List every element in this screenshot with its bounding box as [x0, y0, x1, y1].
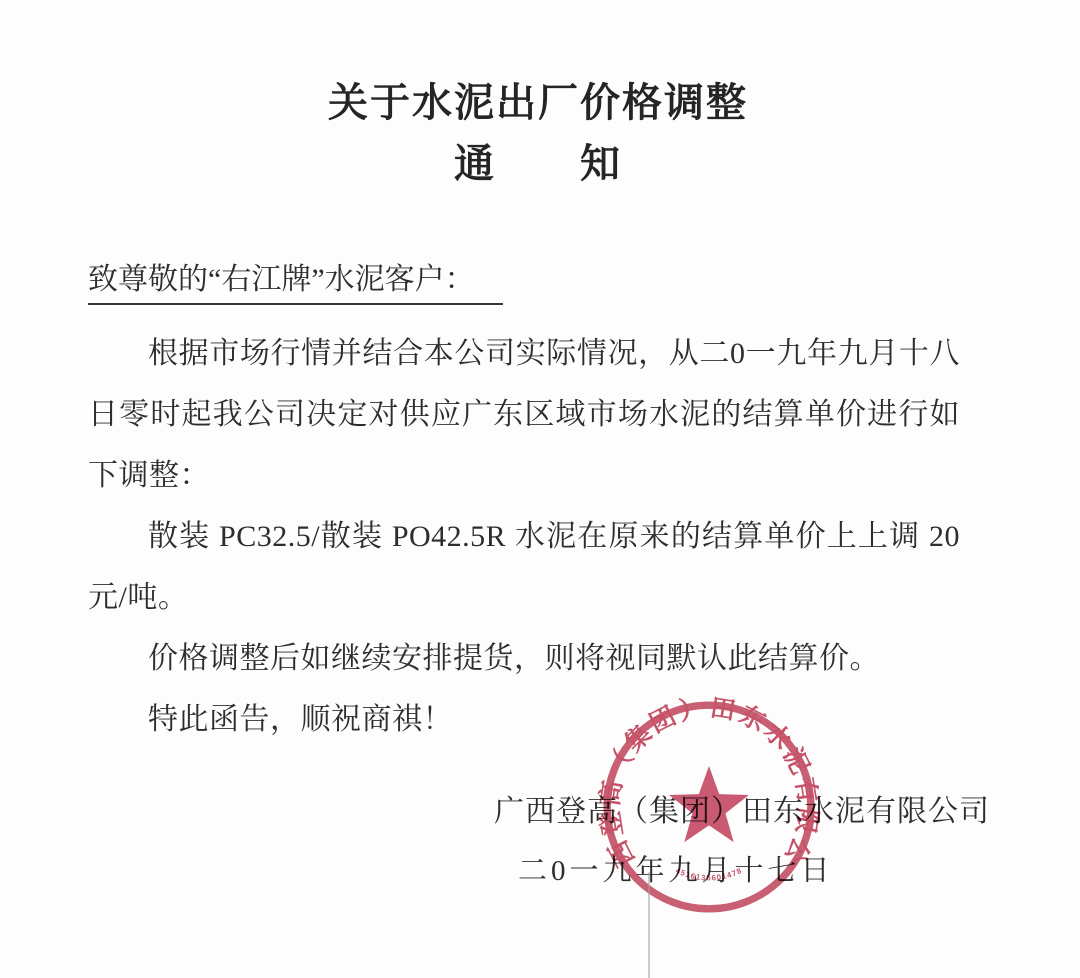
document-body: 关于水泥出厂价格调整 通 知 致尊敬的“右江牌”水泥客户： 根据市场行情并结合本… [88, 78, 960, 750]
salutation-row: 致尊敬的“右江牌”水泥客户： [88, 260, 960, 305]
scan-artifact-line [648, 872, 650, 978]
paragraph-effective-date: 根据市场行情并结合本公司实际情况，从二0一九年九月十八日零时起我公司决定对供应广… [88, 323, 960, 506]
page-subtitle: 通 知 [102, 140, 974, 188]
company-seal-stamp: 广西登高（集团）田东水泥有限公司 4516136601478 [583, 681, 835, 933]
paragraph-price-adjustment: 散装 PC32.5/散装 PO42.5R 水泥在原来的结算单价上上调 20 元/… [88, 506, 960, 628]
document-page: 关于水泥出厂价格调整 通 知 致尊敬的“右江牌”水泥客户： 根据市场行情并结合本… [0, 0, 1080, 978]
seal-serial-number: 4516136601478 [674, 866, 744, 883]
svg-text:广西登高（集团）田东水泥有限公司: 广西登高（集团）田东水泥有限公司 [583, 681, 822, 871]
svg-text:4516136601478: 4516136601478 [674, 866, 744, 883]
paragraph-acceptance-terms: 价格调整后如继续安排提货，则将视同默认此结算价。 [88, 628, 960, 689]
star-icon [669, 766, 749, 842]
seal-arc-text: 广西登高（集团）田东水泥有限公司 [583, 681, 822, 871]
page-title: 关于水泥出厂价格调整 [102, 78, 974, 128]
salutation: 致尊敬的“右江牌”水泥客户： [88, 260, 503, 305]
